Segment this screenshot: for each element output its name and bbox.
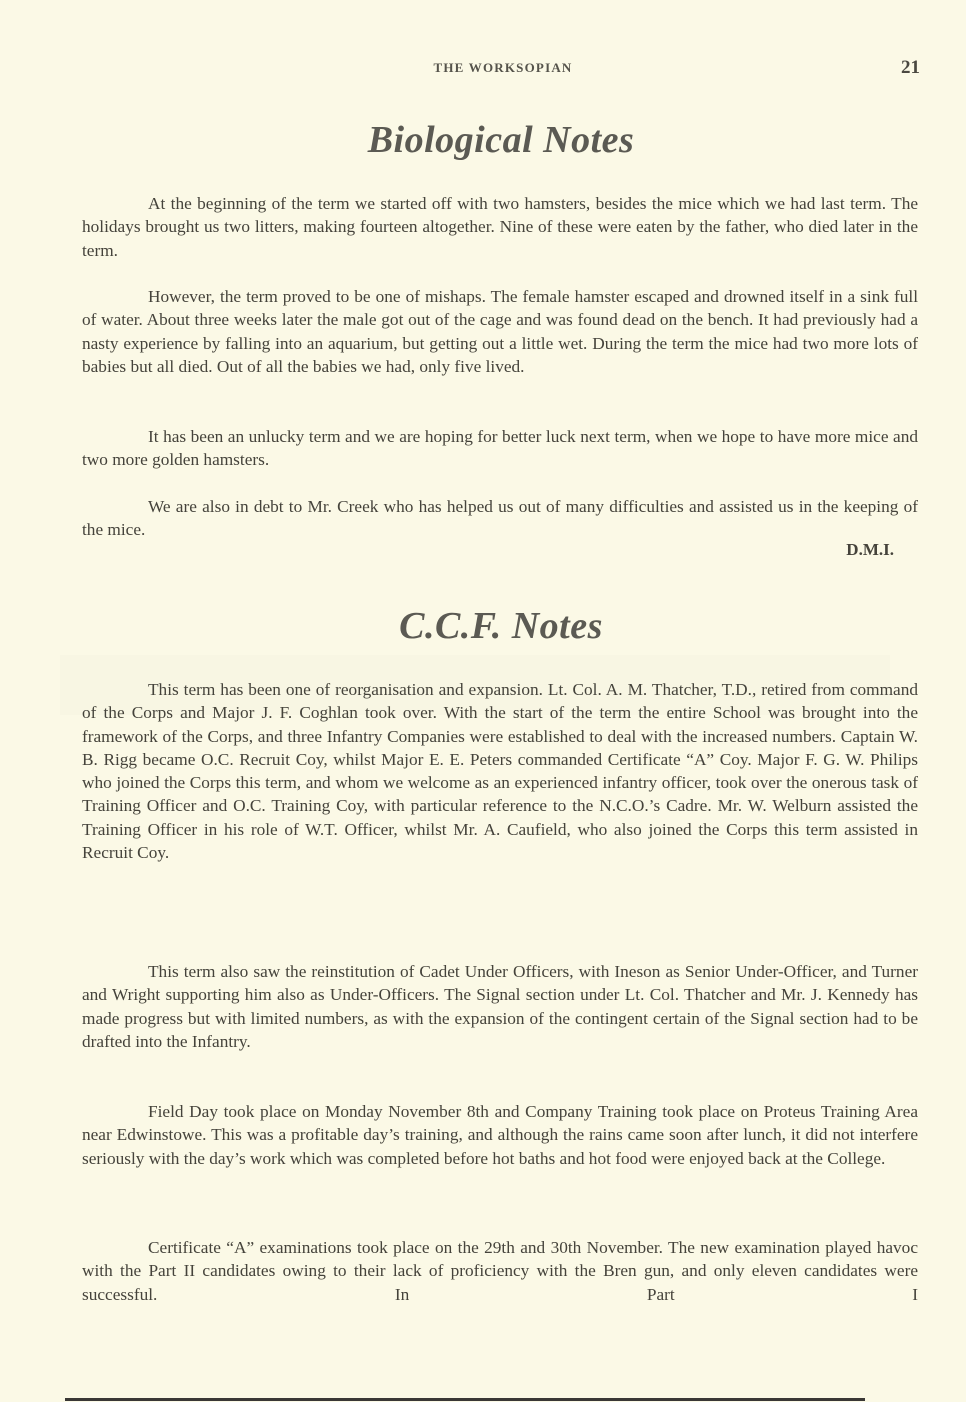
paragraph-bio-3: It has been an unlucky term and we are h… (82, 425, 918, 472)
document-page: THE WORKSOPIAN 21 Biological Notes At th… (0, 0, 966, 1402)
paragraph-bio-2: However, the term proved to be one of mi… (82, 285, 918, 378)
running-header: THE WORKSOPIAN 21 (0, 60, 966, 80)
paragraph-bio-4: We are also in debt to Mr. Creek who has… (82, 495, 918, 542)
paragraph-ccf-1: This term has been one of reorganisation… (82, 678, 918, 864)
section-title-biological-notes: Biological Notes (0, 118, 966, 162)
paragraph-bio-1: At the beginning of the term we started … (82, 192, 918, 262)
paragraph-ccf-4: Certificate “A” examinations took place … (82, 1236, 918, 1306)
paragraph-ccf-3: Field Day took place on Monday November … (82, 1100, 918, 1170)
bottom-rule (65, 1398, 865, 1401)
section-title-ccf-notes: C.C.F. Notes (0, 604, 966, 648)
running-title: THE WORKSOPIAN (0, 60, 966, 76)
page-number: 21 (901, 57, 920, 79)
paragraph-ccf-2: This term also saw the reinstitution of … (82, 960, 918, 1053)
signature-initials: D.M.I. (846, 540, 894, 560)
